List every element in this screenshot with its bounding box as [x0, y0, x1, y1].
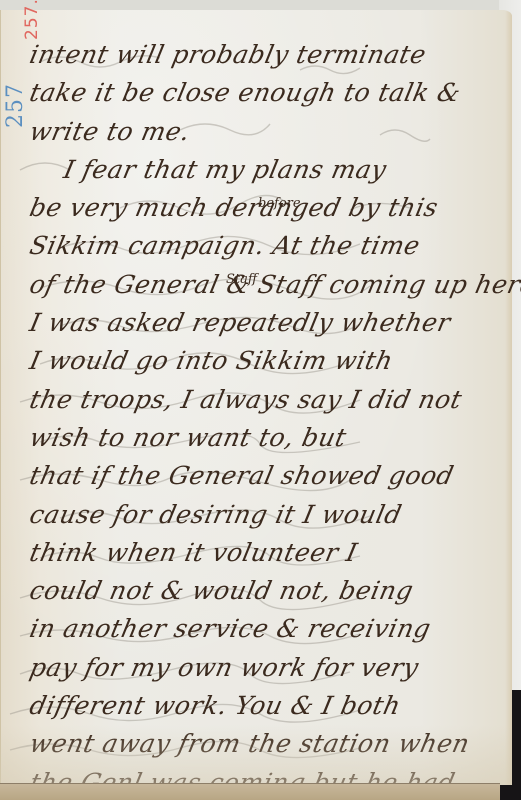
text-line: I was asked repeatedly whether [26, 304, 514, 342]
text-line: Sikkim campaign. At the time [26, 227, 514, 265]
text-line: think when it volunteer I [26, 534, 514, 572]
interlinear-insertion: Staff [226, 272, 257, 287]
text-line: that if the General showed good [26, 457, 514, 495]
text-line: cause for desiring it I would [26, 496, 514, 534]
text-line: could not & would not, being [26, 572, 514, 610]
text-line: I would go into Sikkim with [26, 342, 514, 380]
folio-number-red: 257. [22, 0, 42, 40]
underlying-page-edge [0, 783, 500, 800]
text-line: the troops, I always say I did not [26, 381, 514, 419]
interlinear-insertion: before [258, 196, 301, 211]
folio-number-blue: 257 [3, 83, 28, 128]
text-line: in another service & receiving [26, 610, 514, 648]
text-line: wish to nor want to, but [26, 419, 514, 457]
text-line: went away from the station when [26, 725, 514, 763]
manuscript-page: 257. 257 intent will probably terminate … [0, 10, 512, 785]
text-line: intent will probably terminate [26, 36, 514, 74]
text-line: write to me. [26, 113, 514, 151]
handwritten-text: intent will probably terminate take it b… [30, 36, 510, 800]
text-line: of the General & Staff coming up here [26, 266, 514, 304]
text-line: pay for my own work for very [26, 649, 514, 687]
text-line: I fear that my plans may [26, 151, 514, 189]
text-line: different work. You & I both [26, 687, 514, 725]
text-line: take it be close enough to talk & [26, 74, 514, 112]
